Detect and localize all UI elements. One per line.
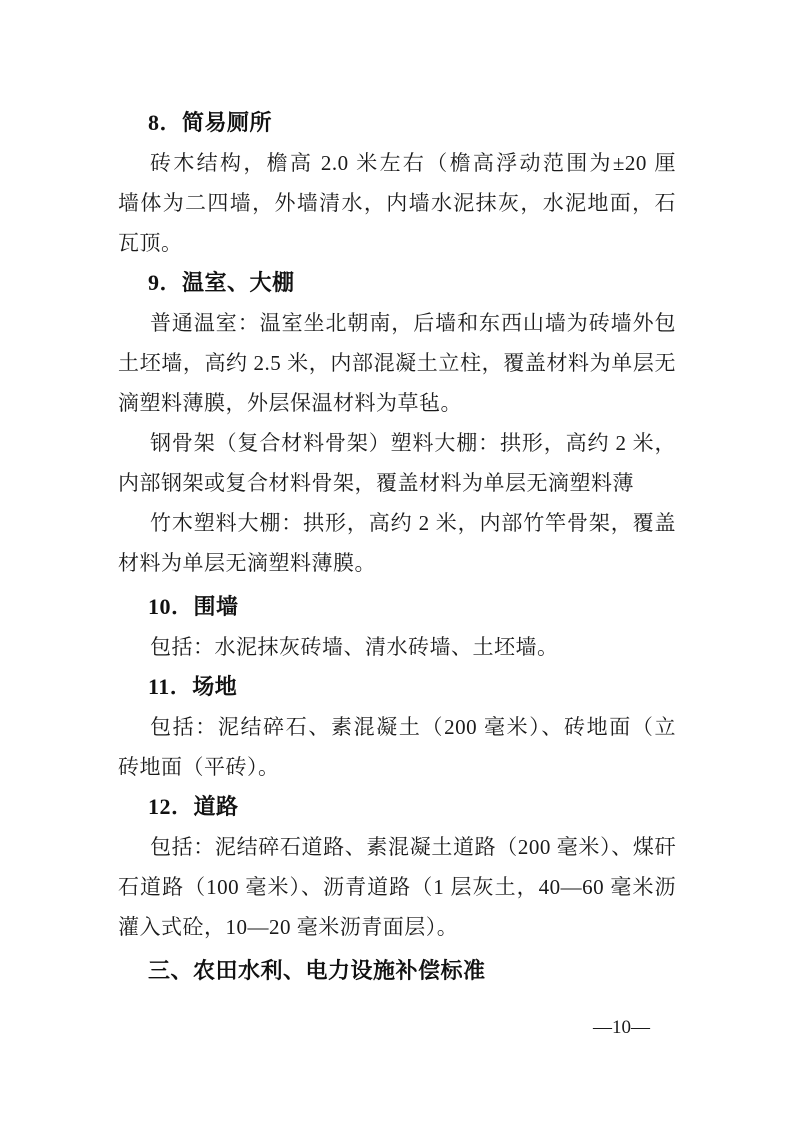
text-line: 内部钢架或复合材料骨架，覆盖材料为单层无滴塑料薄膜。 [118, 463, 676, 503]
section-12-heading: 12．道路 [118, 787, 676, 827]
text-line: 滴塑料薄膜，外层保温材料为草毡。 [118, 383, 676, 423]
page-number: —10— [593, 1016, 650, 1040]
section-9-heading: 9．温室、大棚 [118, 263, 676, 303]
document-page: 8．简易厕所 砖木结构，檐高 2.0 米左右（檐高浮动范围为±20 厘米）， 墙… [0, 0, 793, 1122]
text-line: 材料为单层无滴塑料薄膜。 [118, 543, 676, 583]
text-line: 灌入式砼，10—20 毫米沥青面层）。 [118, 907, 676, 947]
document-body: 8．简易厕所 砖木结构，檐高 2.0 米左右（檐高浮动范围为±20 厘米）， 墙… [118, 103, 676, 991]
text-line: 竹木塑料大棚：拱形，高约 2 米，内部竹竿骨架，覆盖 [118, 503, 676, 543]
text-line: 瓦顶。 [118, 223, 676, 263]
section-10-heading: 10．围墙 [118, 587, 676, 627]
text-line: 砖木结构，檐高 2.0 米左右（檐高浮动范围为±20 厘米）， [118, 143, 676, 183]
text-line: 包括：泥结碎石、素混凝土（200 毫米）、砖地面（立砖）、 [118, 707, 676, 747]
section-8-heading: 8．简易厕所 [118, 103, 676, 143]
text-line: 土坯墙，高约 2.5 米，内部混凝土立柱，覆盖材料为单层无 [118, 343, 676, 383]
text-line: 石道路（100 毫米）、沥青道路（1 层灰土，40—60 毫米沥青 [118, 867, 676, 907]
text-line: 砖地面（平砖）。 [118, 747, 676, 787]
text-line: 包括：水泥抹灰砖墙、清水砖墙、土坯墙。 [118, 627, 676, 667]
text-line: 包括：泥结碎石道路、素混凝土道路（200 毫米）、煤矸 [118, 827, 676, 867]
section-11-heading: 11．场地 [118, 667, 676, 707]
chapter-3-heading: 三、农田水利、电力设施补偿标准 [118, 951, 676, 991]
text-line: 墙体为二四墙，外墙清水，内墙水泥抹灰，水泥地面，石棉 [118, 183, 676, 223]
text-line: 普通温室：温室坐北朝南，后墙和东西山墙为砖墙外包 [118, 303, 676, 343]
text-line: 钢骨架（复合材料骨架）塑料大棚：拱形，高约 2 米， [118, 423, 676, 463]
